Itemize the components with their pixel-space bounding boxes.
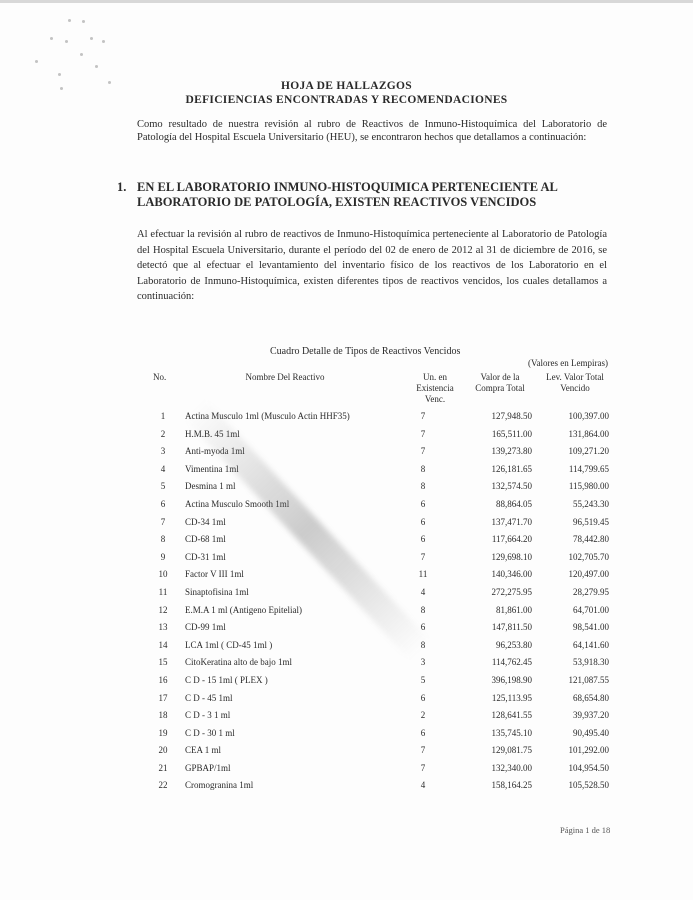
units-count: 8 <box>413 481 433 491</box>
document-title: HOJA DE HALLAZGOS <box>0 80 693 92</box>
units-count: 4 <box>413 780 433 790</box>
row-number: 22 <box>155 780 171 790</box>
purchase-value: 132,340.00 <box>472 763 532 773</box>
row-number: 15 <box>155 657 171 667</box>
expired-value: 68,654.80 <box>547 693 609 703</box>
table-row: 18C D - 3 1 ml2128,641.5539,937.20 <box>150 708 620 726</box>
row-number: 4 <box>155 464 171 474</box>
expired-value: 114,799.65 <box>547 464 609 474</box>
row-number: 7 <box>155 517 171 527</box>
intro-paragraph: Como resultado de nuestra revisión al ru… <box>137 118 607 145</box>
row-number: 12 <box>155 605 171 615</box>
purchase-value: 117,664.20 <box>472 534 532 544</box>
purchase-value: 126,181.65 <box>472 464 532 474</box>
column-header-name: Nombre Del Reactivo <box>215 372 355 383</box>
table-units-note: (Valores en Lempiras) <box>528 358 608 368</box>
units-count: 7 <box>413 745 433 755</box>
reagent-name: C D - 30 1 ml <box>185 728 235 738</box>
row-number: 1 <box>155 411 171 421</box>
row-number: 18 <box>155 710 171 720</box>
units-count: 11 <box>413 569 433 579</box>
row-number: 5 <box>155 481 171 491</box>
table-row: 15CitoKeratina alto de bajo 1ml3114,762.… <box>150 655 620 673</box>
purchase-value: 127,948.50 <box>472 411 532 421</box>
body-paragraph: Al efectuar la revisión al rubro de reac… <box>137 227 607 305</box>
section-number: 1. <box>117 180 126 195</box>
expired-value: 120,497.00 <box>547 569 609 579</box>
purchase-value: 125,113.95 <box>472 693 532 703</box>
purchase-value: 132,574.50 <box>472 481 532 491</box>
expired-value: 64,141.60 <box>547 640 609 650</box>
units-count: 6 <box>413 534 433 544</box>
column-header-units: Un. en Existencia Venc. <box>410 372 460 405</box>
purchase-value: 81,861.00 <box>472 605 532 615</box>
table-row: 21GPBAP/1ml7132,340.00104,954.50 <box>150 761 620 779</box>
table-row: 8CD-68 1ml6117,664.2078,442.80 <box>150 532 620 550</box>
table-row: 14LCA 1ml ( CD-45 1ml )896,253.8064,141.… <box>150 638 620 656</box>
units-count: 5 <box>413 675 433 685</box>
reagent-name: CEA 1 ml <box>185 745 221 755</box>
purchase-value: 396,198.90 <box>472 675 532 685</box>
units-count: 6 <box>413 499 433 509</box>
purchase-value: 137,471.70 <box>472 517 532 527</box>
table-row: 16C D - 15 1ml ( PLEX )5396,198.90121,08… <box>150 673 620 691</box>
column-header-expired-value: Lev. Valor Total Vencido <box>540 372 610 394</box>
reagent-name: CD-31 1ml <box>185 552 226 562</box>
row-number: 19 <box>155 728 171 738</box>
table-row: 17C D - 45 1ml6125,113.9568,654.80 <box>150 691 620 709</box>
units-count: 7 <box>413 552 433 562</box>
reagent-name: C D - 15 1ml ( PLEX ) <box>185 675 268 685</box>
expired-value: 78,442.80 <box>547 534 609 544</box>
row-number: 21 <box>155 763 171 773</box>
reagent-name: Sinaptofisina 1ml <box>185 587 249 597</box>
table-row: 19C D - 30 1 ml6135,745.1090,495.40 <box>150 726 620 744</box>
units-count: 6 <box>413 728 433 738</box>
row-number: 9 <box>155 552 171 562</box>
purchase-value: 114,762.45 <box>472 657 532 667</box>
purchase-value: 129,081.75 <box>472 745 532 755</box>
reagent-name: C D - 3 1 ml <box>185 710 230 720</box>
reagent-name: Desmina 1 ml <box>185 481 236 491</box>
reagent-name: LCA 1ml ( CD-45 1ml ) <box>185 640 272 650</box>
reagent-name: Factor V III 1ml <box>185 569 244 579</box>
units-count: 7 <box>413 763 433 773</box>
expired-value: 104,954.50 <box>547 763 609 773</box>
row-number: 10 <box>155 569 171 579</box>
expired-value: 105,528.50 <box>547 780 609 790</box>
expired-value: 121,087.55 <box>547 675 609 685</box>
row-number: 11 <box>155 587 171 597</box>
expired-value: 109,271.20 <box>547 446 609 456</box>
table-row: 6Actina Musculo Smooth 1ml688,864.0555,2… <box>150 497 620 515</box>
reagent-name: E.M.A 1 ml (Antigeno Epitelial) <box>185 605 302 615</box>
row-number: 13 <box>155 622 171 632</box>
purchase-value: 88,864.05 <box>472 499 532 509</box>
expired-value: 64,701.00 <box>547 605 609 615</box>
row-number: 17 <box>155 693 171 703</box>
scan-top-edge <box>0 0 693 3</box>
column-header-no: No. <box>153 372 166 383</box>
table-row: 22Cromogranina 1ml4158,164.25105,528.50 <box>150 778 620 796</box>
purchase-value: 135,745.10 <box>472 728 532 738</box>
purchase-value: 165,511.00 <box>472 429 532 439</box>
units-count: 4 <box>413 587 433 597</box>
table-row: 7CD-34 1ml6137,471.7096,519.45 <box>150 515 620 533</box>
units-count: 8 <box>413 464 433 474</box>
page-number: Página 1 de 18 <box>560 825 610 835</box>
reagent-name: CD-68 1ml <box>185 534 226 544</box>
reagent-name: GPBAP/1ml <box>185 763 231 773</box>
purchase-value: 140,346.00 <box>472 569 532 579</box>
purchase-value: 158,164.25 <box>472 780 532 790</box>
expired-value: 90,495.40 <box>547 728 609 738</box>
row-number: 14 <box>155 640 171 650</box>
table-row: 9CD-31 1ml7129,698.10102,705.70 <box>150 550 620 568</box>
table-row: 10Factor V III 1ml11140,346.00120,497.00 <box>150 567 620 585</box>
row-number: 8 <box>155 534 171 544</box>
document-subtitle: DEFICIENCIAS ENCONTRADAS Y RECOMENDACION… <box>0 94 693 106</box>
reagent-name: CD-34 1ml <box>185 517 226 527</box>
expired-value: 28,279.95 <box>547 587 609 597</box>
units-count: 3 <box>413 657 433 667</box>
units-count: 6 <box>413 693 433 703</box>
row-number: 3 <box>155 446 171 456</box>
purchase-value: 129,698.10 <box>472 552 532 562</box>
expired-value: 96,519.45 <box>547 517 609 527</box>
reagent-name: CD-99 1ml <box>185 622 226 632</box>
units-count: 2 <box>413 710 433 720</box>
expired-value: 98,541.00 <box>547 622 609 632</box>
section-heading: 1. EN EL LABORATORIO INMUNO-HISTOQUIMICA… <box>117 180 617 210</box>
row-number: 6 <box>155 499 171 509</box>
expired-value: 101,292.00 <box>547 745 609 755</box>
purchase-value: 128,641.55 <box>472 710 532 720</box>
expired-value: 131,864.00 <box>547 429 609 439</box>
reagent-name: CitoKeratina alto de bajo 1ml <box>185 657 292 667</box>
table-caption: Cuadro Detalle de Tipos de Reactivos Ven… <box>270 346 460 357</box>
row-number: 20 <box>155 745 171 755</box>
expired-value: 100,397.00 <box>547 411 609 421</box>
units-count: 7 <box>413 446 433 456</box>
row-number: 16 <box>155 675 171 685</box>
expired-value: 53,918.30 <box>547 657 609 667</box>
expired-value: 55,243.30 <box>547 499 609 509</box>
expired-value: 102,705.70 <box>547 552 609 562</box>
purchase-value: 272,275.95 <box>472 587 532 597</box>
table-row: 20CEA 1 ml7129,081.75101,292.00 <box>150 743 620 761</box>
purchase-value: 147,811.50 <box>472 622 532 632</box>
column-header-purchase-value: Valor de la Compra Total <box>470 372 530 394</box>
table-row: 4Vimentina 1ml8126,181.65114,799.65 <box>150 462 620 480</box>
reagent-name: C D - 45 1ml <box>185 693 233 703</box>
reagent-name: Cromogranina 1ml <box>185 780 253 790</box>
purchase-value: 139,273.80 <box>472 446 532 456</box>
units-count: 7 <box>413 411 433 421</box>
units-count: 6 <box>413 517 433 527</box>
expired-value: 39,937.20 <box>547 710 609 720</box>
purchase-value: 96,253.80 <box>472 640 532 650</box>
section-title: EN EL LABORATORIO INMUNO-HISTOQUIMICA PE… <box>137 180 617 210</box>
row-number: 2 <box>155 429 171 439</box>
table-row: 5Desmina 1 ml8132,574.50115,980.00 <box>150 479 620 497</box>
expired-value: 115,980.00 <box>547 481 609 491</box>
units-count: 7 <box>413 429 433 439</box>
units-count: 8 <box>413 605 433 615</box>
